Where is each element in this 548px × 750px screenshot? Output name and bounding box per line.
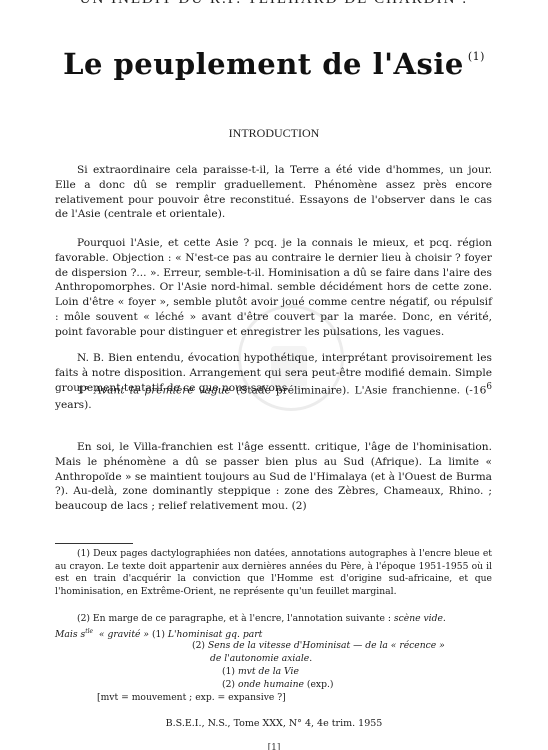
section-1-heading: Avant la première vague — [94, 385, 231, 397]
footnote-2: (2) En marge de ce paragraphe, et à l'en… — [55, 613, 492, 626]
paragraph-section-1: 1° Avant la première vague (Stade prélim… — [55, 380, 492, 413]
footnote-2-sub-1: (1) mvt de la Vie — [222, 666, 299, 679]
document-page: UN INÉDIT DU R.P. TEILHARD DE CHARDIN : … — [0, 0, 548, 750]
paragraph-villafranchien: En soi, le Villa-franchien est l'âge ess… — [55, 440, 492, 514]
page-title: Le peuplement de l'Asie(1) — [0, 47, 548, 81]
footnote-2-gloss: [mvt = mouvement ; exp. = expansive ?] — [97, 692, 286, 705]
title-footnote-marker: (1) — [468, 50, 485, 63]
footnote-2-sub-2: (2) onde humaine (exp.) — [222, 679, 333, 692]
running-head: UN INÉDIT DU R.P. TEILHARD DE CHARDIN : — [0, 0, 548, 8]
page-number: [1] — [0, 743, 548, 750]
footnote-1: (1) Deux pages dactylographiées non daté… — [55, 548, 492, 598]
paragraph-2: Pourquoi l'Asie, et cette Asie ? pcq. je… — [55, 236, 492, 340]
paragraph-1: Si extraordinaire cela paraisse-t-il, la… — [55, 163, 492, 222]
journal-citation: B.S.E.I., N.S., Tome XXX, N° 4, 4e trim.… — [0, 718, 548, 729]
footnote-divider — [55, 543, 133, 544]
title-text: Le peuplement de l'Asie — [63, 47, 464, 81]
footnote-2-item-2-cont: de l'autonomie axiale. — [210, 653, 312, 666]
section-number: 1° — [77, 385, 89, 397]
section-heading: INTRODUCTION — [0, 126, 548, 141]
footnote-2-item-2: (2) Sens de la vitesse d'Hominisat — de … — [192, 640, 445, 653]
